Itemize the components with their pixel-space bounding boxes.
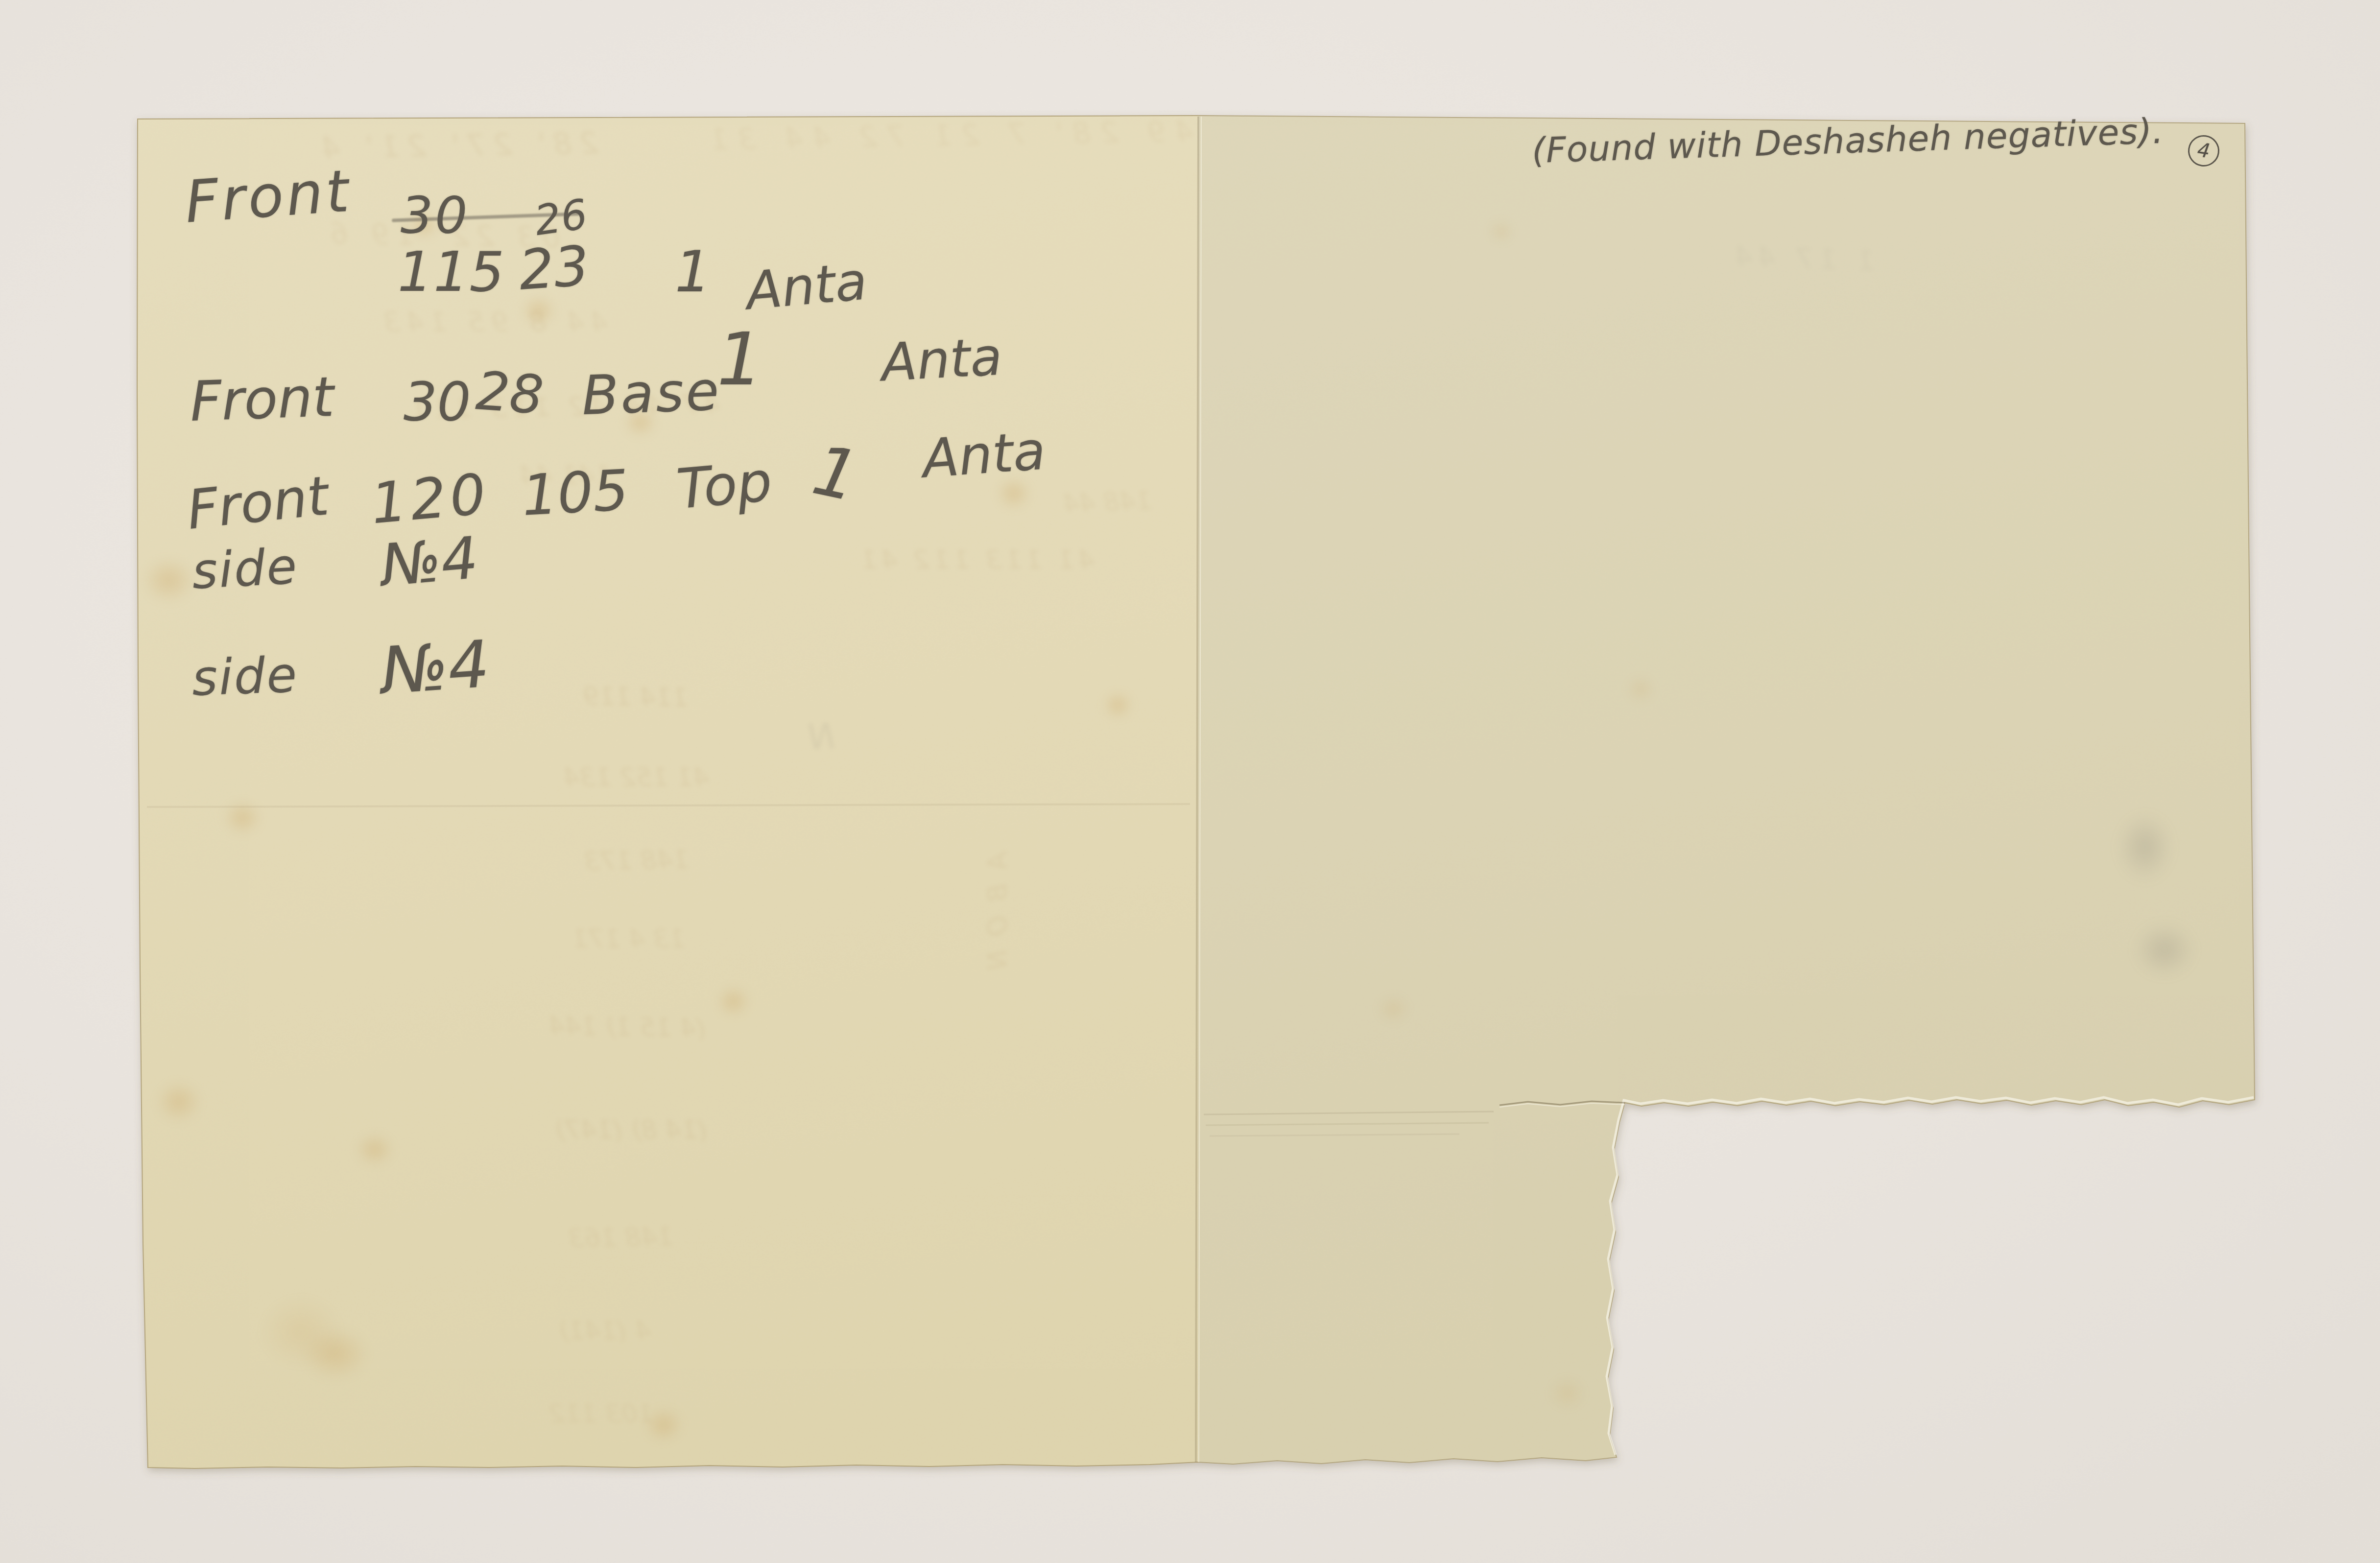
scan-artwork bbox=[0, 0, 2380, 1563]
note-row1-count: 1 bbox=[675, 244, 711, 301]
note-row1-word: Anta bbox=[744, 255, 869, 317]
scanned-document-page: 28' 27' 21' 4 03 22' 19 6 44 8 95 143 47… bbox=[0, 0, 2380, 1563]
note-row3-label: Front bbox=[185, 469, 331, 537]
note-row1-label: Front bbox=[183, 162, 353, 231]
note-row4-label: side bbox=[191, 542, 300, 596]
note-row4-number: №4 bbox=[379, 529, 480, 595]
note-row2-label: Front bbox=[189, 370, 335, 429]
note-row2-count: 1 bbox=[717, 323, 763, 396]
note-row1-height: 23 bbox=[517, 238, 591, 298]
note-row2-width: 30 bbox=[404, 376, 471, 429]
note-row1-width: 115 bbox=[398, 245, 505, 300]
note-row3-width: 120 bbox=[369, 466, 492, 532]
note-row3-word: Anta bbox=[921, 425, 1047, 486]
note-row2-part: Base bbox=[581, 364, 722, 423]
note-row5-number: №4 bbox=[379, 632, 492, 704]
note-row2-word: Anta bbox=[880, 331, 1003, 389]
note-row5-label: side bbox=[191, 650, 299, 703]
note-row1-struck-value: 30 bbox=[401, 190, 469, 241]
note-row2-height: 28 bbox=[474, 365, 545, 422]
note-row3-height: 105 bbox=[521, 462, 630, 523]
note-row3-part: Top bbox=[674, 454, 774, 517]
